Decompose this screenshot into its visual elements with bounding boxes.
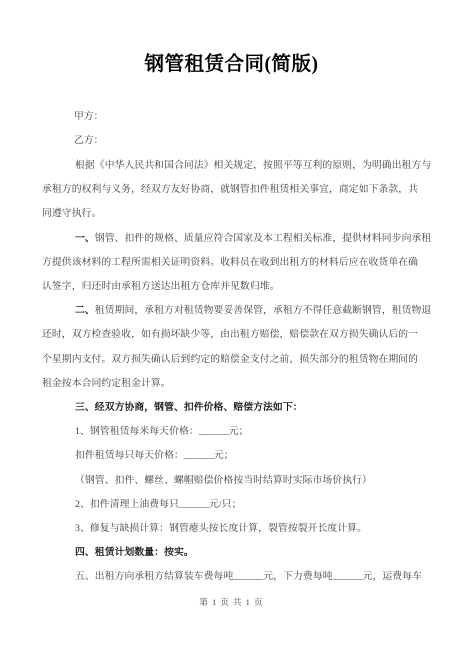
body-line-item-1: 1、钢管租赁每米每天价格：______元； bbox=[42, 420, 422, 444]
body-line-clause-4-heading: 四、租赁计划数量：按实。 bbox=[42, 541, 422, 565]
line-text: 还时，双方检查验收，如有损坏缺少等，由出租方赔偿，赔偿款在双方损失确认后的一 bbox=[42, 329, 418, 340]
line-text: 方提供该材料的工程所需相关证明资料。收料员在收到出租方的材料后应在收货单在确 bbox=[42, 257, 418, 268]
body-line: 同遵守执行。 bbox=[42, 202, 422, 226]
line-text: 个星期内支付。双方损失确认后到约定的赔偿金支付之前，损失部分的租赁物在期间的 bbox=[42, 354, 418, 365]
body-line-item-3: 3、修复与缺损计算：钢管瘪头按长度计算，裂管按裂开长度计算。 bbox=[42, 517, 422, 541]
party-b-line: 乙方： bbox=[74, 129, 103, 153]
line-text: （钢管、扣件、螺丝、螺帽赔偿价格按当时结算时实际市场价执行） bbox=[75, 475, 372, 486]
body-line-item-2: 2、扣件清理上油费每只______元/只； bbox=[42, 493, 422, 517]
line-text: 承租方的权利与义务，经双方友好协商，就钢管扣件租赁相关事宜，商定如下条款，共 bbox=[42, 184, 418, 195]
line-text: 同遵守执行。 bbox=[42, 208, 101, 219]
body-line: 认签字，归还时由承租方送达出租方仓库并见数归堆。 bbox=[42, 275, 422, 299]
line-text: 1、钢管租赁每米每天价格：______元； bbox=[75, 426, 249, 437]
line-text: 租金按本合同约定租金计算。 bbox=[42, 378, 171, 389]
line-text: 2、扣件清理上油费每只______元/只； bbox=[75, 499, 241, 510]
body-line: 扣件租赁每只每天价格：______元； bbox=[42, 444, 422, 468]
line-text: 五、出租方向承租方结算装车费每吨______元，下力费每吨______元，运费每… bbox=[75, 571, 422, 582]
body-line-note: （钢管、扣件、螺丝、螺帽赔偿价格按当时结算时实际市场价执行） bbox=[42, 469, 422, 493]
party-a-line: 甲方： bbox=[74, 105, 103, 129]
line-text: 根据《中华人民共和国合同法》相关规定，按照平等互利的原则，为明确出租方与 bbox=[75, 160, 431, 171]
line-bold-prefix: 三、经双方协商，钢管、扣件价格、赔偿方法如下： bbox=[75, 402, 303, 413]
line-bold-prefix: 四、租赁计划数量：按实。 bbox=[75, 547, 194, 558]
document-page: 钢管租赁合同(简版) 甲方： 乙方： 根据《中华人民共和国合同法》相关规定，按照… bbox=[0, 0, 463, 655]
page-number-footer: 第 1 页 共 1 页 bbox=[0, 595, 463, 609]
line-text: 租赁期间，承租方对租赁物要妥善保管，承租方不得任意截断钢管，租赁物退 bbox=[95, 305, 432, 316]
line-text: 3、修复与缺损计算：钢管瘪头按长度计算，裂管按裂开长度计算。 bbox=[75, 523, 367, 534]
line-text: 认签字，归还时由承租方送达出租方仓库并见数归堆。 bbox=[42, 281, 280, 292]
body-line: 根据《中华人民共和国合同法》相关规定，按照平等互利的原则，为明确出租方与 bbox=[42, 154, 422, 178]
parties-block: 甲方： 乙方： bbox=[74, 105, 103, 153]
body-line: 还时，双方检查验收，如有损坏缺少等，由出租方赔偿，赔偿款在双方损失确认后的一 bbox=[42, 323, 422, 347]
body-line: 承租方的权利与义务，经双方友好协商，就钢管扣件租赁相关事宜，商定如下条款，共 bbox=[42, 178, 422, 202]
contract-body: 根据《中华人民共和国合同法》相关规定，按照平等互利的原则，为明确出租方与 承租方… bbox=[42, 154, 422, 590]
doc-title: 钢管租赁合同(简版) bbox=[0, 50, 463, 80]
line-bold-prefix: 二、 bbox=[75, 305, 95, 316]
body-line: 个星期内支付。双方损失确认后到约定的赔偿金支付之前，损失部分的租赁物在期间的 bbox=[42, 348, 422, 372]
line-bold-prefix: 一、 bbox=[75, 233, 95, 244]
body-line: 方提供该材料的工程所需相关证明资料。收料员在收到出租方的材料后应在收货单在确 bbox=[42, 251, 422, 275]
body-line-clause-3-heading: 三、经双方协商，钢管、扣件价格、赔偿方法如下： bbox=[42, 396, 422, 420]
body-line-clause-1: 一、钢管、扣件的规格、质量应符合国家及本工程相关标准，提供材料同步向承租 bbox=[42, 227, 422, 251]
line-text: 钢管、扣件的规格、质量应符合国家及本工程相关标准，提供材料同步向承租 bbox=[95, 233, 432, 244]
body-line-clause-2: 二、租赁期间，承租方对租赁物要妥善保管，承租方不得任意截断钢管，租赁物退 bbox=[42, 299, 422, 323]
body-line: 租金按本合同约定租金计算。 bbox=[42, 372, 422, 396]
body-line-clause-5: 五、出租方向承租方结算装车费每吨______元，下力费每吨______元，运费每… bbox=[42, 565, 422, 589]
line-text: 扣件租赁每只每天价格：______元； bbox=[75, 450, 234, 461]
